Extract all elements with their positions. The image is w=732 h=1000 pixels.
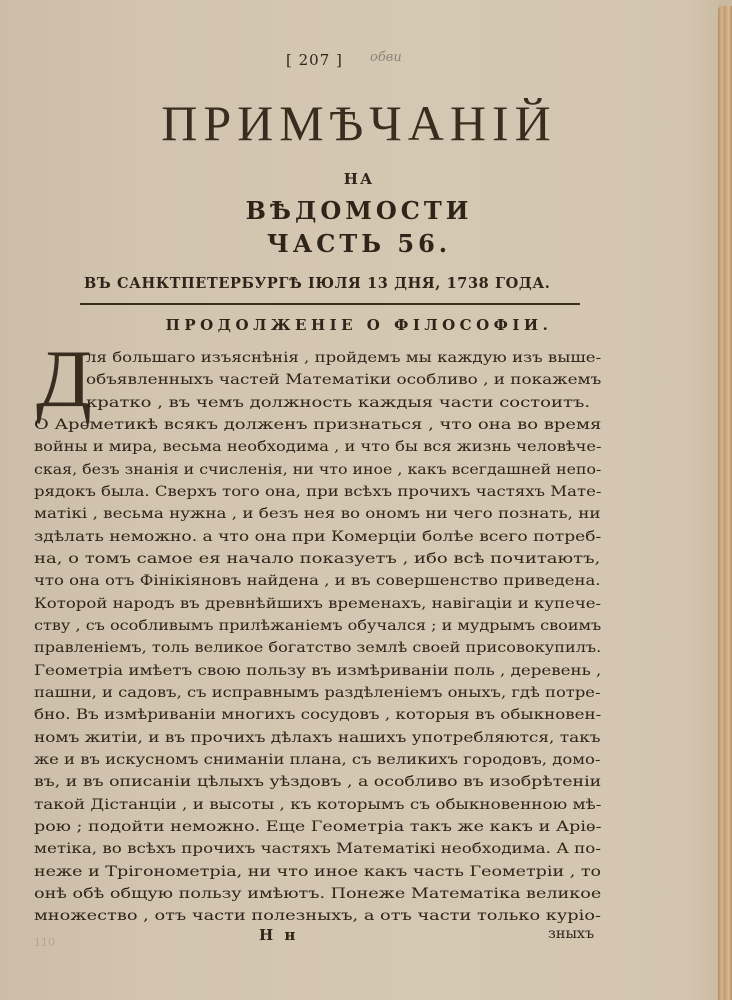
body-line: неже и Трігонометріа, ни что иное какъ ч… <box>34 862 601 882</box>
page-stack-edge <box>718 6 732 1000</box>
body-line: на, о томъ самое ея начало показуетъ , и… <box>34 549 600 569</box>
body-line: ская, безъ знанія и счисленія, ни что ин… <box>34 460 601 480</box>
body-line: кратко , въ чемъ должность каждыя части … <box>86 393 590 413</box>
body-line: такой Дістанціи , и высоты , къ которымъ… <box>34 795 601 815</box>
body-line: объявленныхъ частей Математіки особливо … <box>86 370 601 390</box>
body-line: номъ житіи, и въ прочихъ дѣлахъ нашихъ у… <box>34 728 601 748</box>
drop-cap: Д <box>36 338 92 420</box>
subtitle-part-number: ЧАСТЬ 56. <box>0 229 718 258</box>
body-line: метіка, во всѣхъ прочихъ частяхъ Математ… <box>34 839 601 859</box>
body-line: Которой народъ въ древнѣйшихъ временахъ,… <box>34 594 601 614</box>
dateline: ВЪ САНКТПЕТЕРБУРГѢ ІЮЛЯ 13 ДНЯ, 1738 ГОД… <box>84 275 550 292</box>
page-number: [ 207 ] <box>286 51 343 69</box>
body-line: ству , съ особливымъ прилѣжаніемъ обучал… <box>34 616 601 636</box>
signature-mark: Н н <box>259 926 298 944</box>
body-line: ля большаго изъяснѣнія , пройдемъ мы каж… <box>86 348 601 368</box>
body-line: О Арѳметикѣ всякъ долженъ признаться , ч… <box>34 415 601 435</box>
body-line: въ, и въ описаніи цѣлыхъ уѣздовъ , а осо… <box>34 772 601 792</box>
body-line: войны и мира, весьма необходима , и что … <box>34 437 602 457</box>
body-line: пашни, и садовъ, съ исправнымъ раздѣлені… <box>34 683 601 703</box>
page-title: ПРИМѢЧАНІЙ <box>0 94 718 152</box>
book-page: [ 207 ] обви ПРИМѢЧАНІЙ НА ВѢДОМОСТИ ЧАС… <box>0 0 718 1000</box>
body-line: множество , отъ части полезныхъ, а отъ ч… <box>34 906 601 926</box>
subtitle-na: НА <box>0 170 718 188</box>
body-line: здѣлать неможно. а что она при Комерціи … <box>34 527 601 547</box>
body-line: же и въ искусномъ сниманіи плана, съ вел… <box>34 750 600 770</box>
body-line: онѣ обѣ общую пользу имѣютъ. Понеже Мате… <box>34 884 601 904</box>
section-heading: ПРОДОЛЖЕНІЕ О ФІЛОСОФІИ. <box>0 316 718 334</box>
horizontal-rule <box>80 303 580 305</box>
pencil-annotation: обви <box>370 50 402 65</box>
body-line: рою ; подойти неможно. Еще Геометріа так… <box>34 817 602 837</box>
body-line: Геометріа имѣетъ свою пользу въ измѣрива… <box>34 661 601 681</box>
subtitle-vedomosti: ВѢДОМОСТИ <box>0 196 718 225</box>
body-line: матікі , весьма нужна , и безъ нея во он… <box>34 504 600 524</box>
bleed-through-text: 110 <box>34 936 55 949</box>
body-line: правленіемъ, толь великое богатство земл… <box>34 638 601 658</box>
body-line: что она отъ Фінікіяновъ найдена , и въ с… <box>34 571 600 591</box>
body-line: бно. Въ измѣриваніи многихъ сосудовъ , к… <box>34 705 601 725</box>
catchword: зныхъ <box>548 926 594 942</box>
body-line: рядокъ была. Сверхъ того она, при всѣхъ … <box>34 482 601 502</box>
